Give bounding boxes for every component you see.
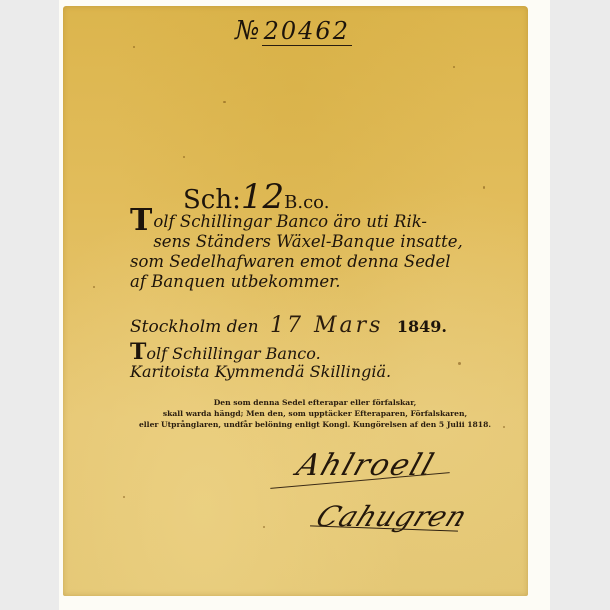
body-line-2: sens Ständers Wäxel-Banque insatte,: [130, 232, 480, 252]
denomination-value: 12: [241, 177, 284, 217]
body-line-3: som Sedelhafwaren emot denna Sedel: [130, 252, 480, 272]
legal-warning-text: Den som denna Sedel efterapar eller förf…: [135, 397, 495, 430]
issue-year: 1849.: [397, 317, 447, 336]
note-body-text: T olf Schillingar Banco äro uti Rik- sen…: [130, 212, 480, 292]
serial-digits: 20462: [262, 17, 352, 46]
body-line-1: olf Schillingar Banco äro uti Rik-: [130, 212, 480, 232]
denomination-prefix: Sch:: [183, 185, 241, 215]
serial-number: №20462: [235, 16, 352, 46]
handwritten-date: 17 Mars: [270, 313, 383, 338]
legal-line-3: eller Utprånglaren, undfår belöning enli…: [135, 419, 495, 430]
decorated-initial: T: [130, 208, 152, 234]
body-line-4: af Banquen utbekommer.: [130, 272, 480, 292]
denomination-suffix: B.co.: [284, 192, 329, 213]
issue-place: Stockholm den: [130, 317, 259, 337]
denomination-heading: Sch:12B.co.: [183, 177, 329, 217]
amount-words-finnish: Karitoista Kymmendä Skillingiä.: [130, 363, 391, 381]
issue-place-date: Stockholm den 17 Mars 1849.: [130, 313, 447, 338]
amount-words-line-1: olf Schillingar Banco.: [146, 344, 320, 363]
legal-line-1: Den som denna Sedel efterapar eller förf…: [135, 397, 495, 408]
legal-line-2: skall warda hängd; Men den, som upptäcke…: [135, 408, 495, 419]
amount-words-swedish: Tolf Schillingar Banco.: [130, 343, 391, 363]
signature-1: Ahlroell: [292, 448, 439, 483]
serial-prefix: №: [235, 16, 262, 46]
amount-in-words: Tolf Schillingar Banco. Karitoista Kymme…: [130, 343, 391, 381]
